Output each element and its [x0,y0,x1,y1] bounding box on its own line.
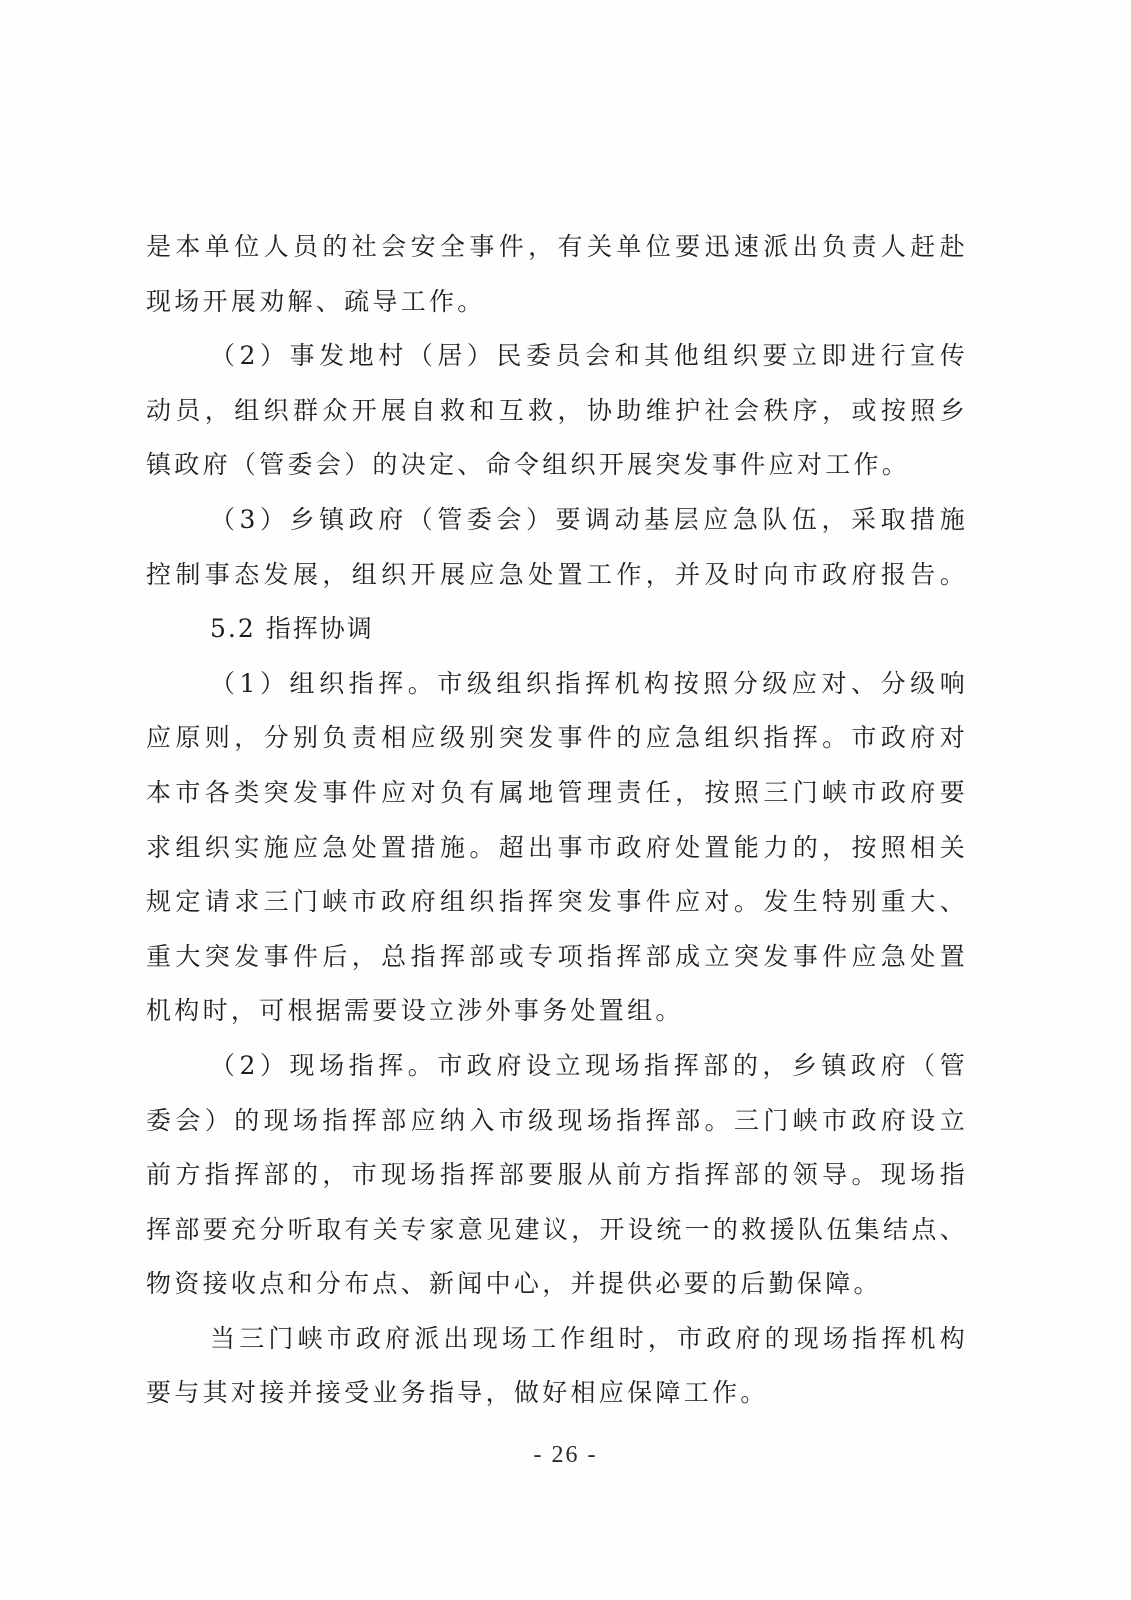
paragraph-line: 本市各类突发事件应对负有属地管理责任，按照三门峡市政府要 [146,766,968,821]
paragraph-line: （3）乡镇政府（管委会）要调动基层应急队伍，采取措施 [146,493,968,548]
paragraph-line: 应原则，分别负责相应级别突发事件的应急组织指挥。市政府对 [146,711,968,766]
paragraph-line: 是本单位人员的社会安全事件，有关单位要迅速派出负责人赶赴 [146,220,968,275]
paragraph-line: 前方指挥部的，市现场指挥部要服从前方指挥部的领导。现场指 [146,1148,968,1203]
body-text: 是本单位人员的社会安全事件，有关单位要迅速派出负责人赶赴 现场开展劝解、疏导工作… [146,220,968,1421]
section-heading: 5.2 指挥协调 [146,602,968,657]
paragraph-line: 求组织实施应急处置措施。超出事市政府处置能力的，按照相关 [146,821,968,876]
paragraph-line: （2）现场指挥。市政府设立现场指挥部的，乡镇政府（管 [146,1039,968,1094]
paragraph-line: 机构时，可根据需要设立涉外事务处置组。 [146,984,968,1039]
paragraph-line: 动员，组织群众开展自救和互救，协助维护社会秩序，或按照乡 [146,384,968,439]
page-number: - 26 - [0,1442,1131,1469]
paragraph-line: 控制事态发展，组织开展应急处置工作，并及时向市政府报告。 [146,548,968,603]
paragraph-line: 委会）的现场指挥部应纳入市级现场指挥部。三门峡市政府设立 [146,1094,968,1149]
document-page: 是本单位人员的社会安全事件，有关单位要迅速派出负责人赶赴 现场开展劝解、疏导工作… [0,0,1131,1600]
paragraph-line: 挥部要充分听取有关专家意见建议，开设统一的救援队伍集结点、 [146,1203,968,1258]
paragraph-line: 现场开展劝解、疏导工作。 [146,275,968,330]
paragraph-line: 规定请求三门峡市政府组织指挥突发事件应对。发生特别重大、 [146,875,968,930]
paragraph-line: 要与其对接并接受业务指导，做好相应保障工作。 [146,1366,968,1421]
paragraph-line: 镇政府（管委会）的决定、命令组织开展突发事件应对工作。 [146,438,968,493]
paragraph-line: （1）组织指挥。市级组织指挥机构按照分级应对、分级响 [146,657,968,712]
paragraph-line: 物资接收点和分布点、新闻中心，并提供必要的后勤保障。 [146,1257,968,1312]
paragraph-line: （2）事发地村（居）民委员会和其他组织要立即进行宣传 [146,329,968,384]
paragraph-line: 重大突发事件后，总指挥部或专项指挥部成立突发事件应急处置 [146,930,968,985]
paragraph-line: 当三门峡市政府派出现场工作组时，市政府的现场指挥机构 [146,1312,968,1367]
